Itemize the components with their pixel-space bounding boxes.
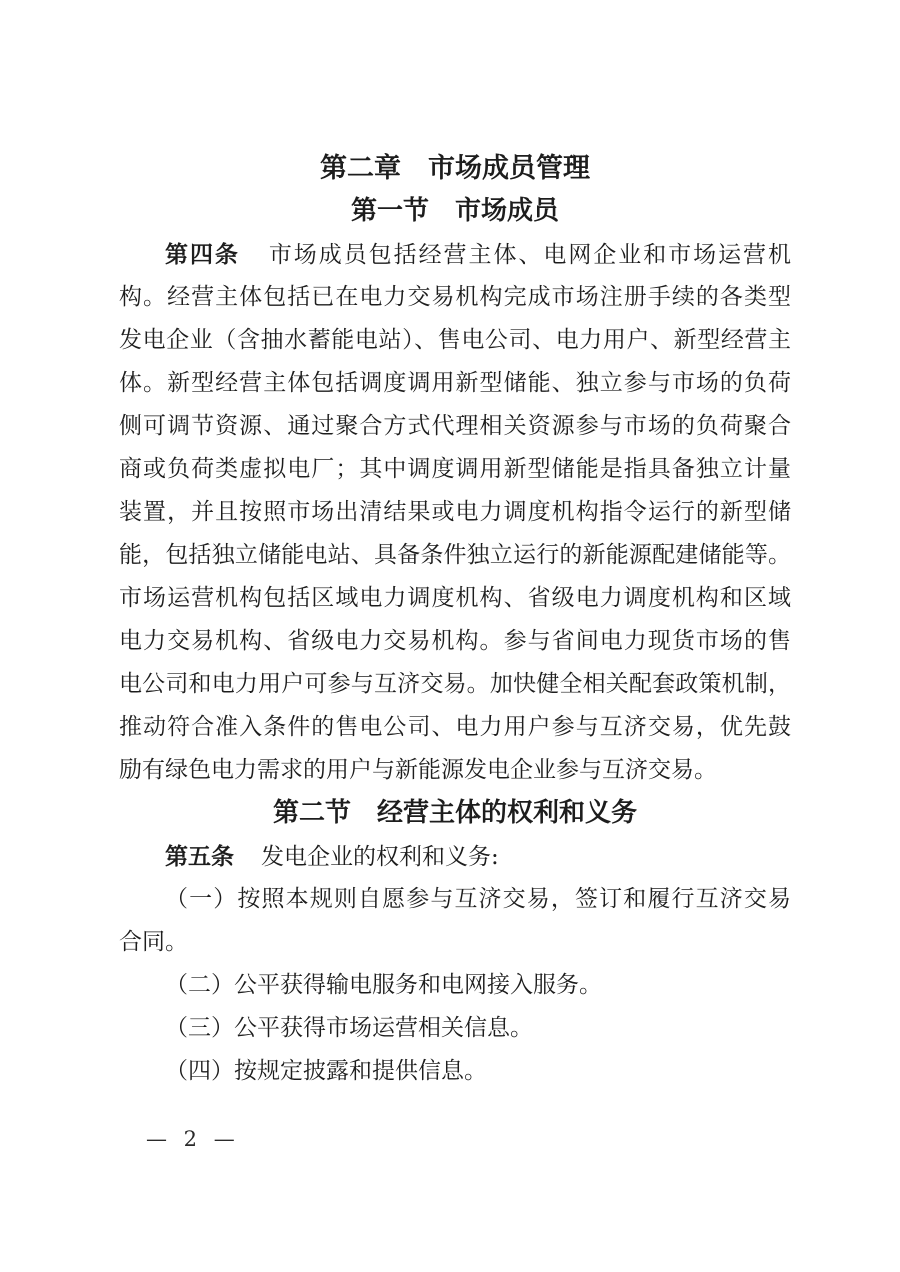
document-page: 第二章 市场成员管理 第一节 市场成员 第四条市场成员包括经营主体、电网企业和市… bbox=[0, 0, 900, 1272]
article4-text-1: 市场成员包括经营主体、电网企业和市场运营机 bbox=[267, 242, 791, 268]
section1-title: 第一节 市场成员 bbox=[119, 190, 791, 233]
article5-item2: （二）公平获得输电服务和电网接入服务。 bbox=[119, 964, 791, 1007]
article5-label: 第五条 bbox=[165, 843, 234, 870]
article4-line-2: 构。经营主体包括已在电力交易机构完成市场注册手续的各类型 bbox=[119, 276, 791, 319]
article4-line-4: 体。新型经营主体包括调度调用新型储能、独立参与市场的负荷 bbox=[119, 362, 791, 405]
article5-item1-line-1: （一）按照本规则自愿参与互济交易，签订和履行互济交易 bbox=[119, 878, 791, 921]
article4-line-11: 电公司和电力用户可参与互济交易。加快健全相关配套政策机制， bbox=[119, 663, 791, 706]
page-number: — 2 — bbox=[146, 1127, 240, 1151]
article5-item1-line-2: 合同。 bbox=[119, 921, 791, 964]
article4-label: 第四条 bbox=[165, 241, 240, 268]
article4-line-3: 发电企业（含抽水蓄能电站）、售电公司、电力用户、新型经营主 bbox=[119, 319, 791, 362]
article4-line-5: 侧可调节资源、通过聚合方式代理相关资源参与市场的负荷聚合 bbox=[119, 405, 791, 448]
article4-line-13: 励有绿色电力需求的用户与新能源发电企业参与互济交易。 bbox=[119, 749, 791, 792]
chapter-title: 第二章 市场成员管理 bbox=[119, 147, 791, 190]
document-body: 第二章 市场成员管理 第一节 市场成员 第四条市场成员包括经营主体、电网企业和市… bbox=[119, 147, 791, 1093]
section2-title: 第二节 经营主体的权利和义务 bbox=[119, 792, 791, 835]
article5-item4: （四）按规定披露和提供信息。 bbox=[119, 1050, 791, 1093]
article4-line-1: 第四条市场成员包括经营主体、电网企业和市场运营机 bbox=[119, 233, 791, 276]
article5-item3: （三）公平获得市场运营相关信息。 bbox=[119, 1007, 791, 1050]
article4-line-10: 电力交易机构、省级电力交易机构。参与省间电力现货市场的售 bbox=[119, 620, 791, 663]
article4-line-6: 商或负荷类虚拟电厂；其中调度调用新型储能是指具备独立计量 bbox=[119, 448, 791, 491]
article4-line-9: 市场运营机构包括区域电力调度机构、省级电力调度机构和区域 bbox=[119, 577, 791, 620]
article4-line-8: 能，包括独立储能电站、具备条件独立运行的新能源配建储能等。 bbox=[119, 534, 791, 577]
article5-intro-line: 第五条发电企业的权利和义务: bbox=[119, 835, 791, 878]
article4-line-12: 推动符合准入条件的售电公司、电力用户参与互济交易，优先鼓 bbox=[119, 706, 791, 749]
article4-line-7: 装置，并且按照市场出清结果或电力调度机构指令运行的新型储 bbox=[119, 491, 791, 534]
article5-intro-text: 发电企业的权利和义务: bbox=[261, 844, 499, 870]
